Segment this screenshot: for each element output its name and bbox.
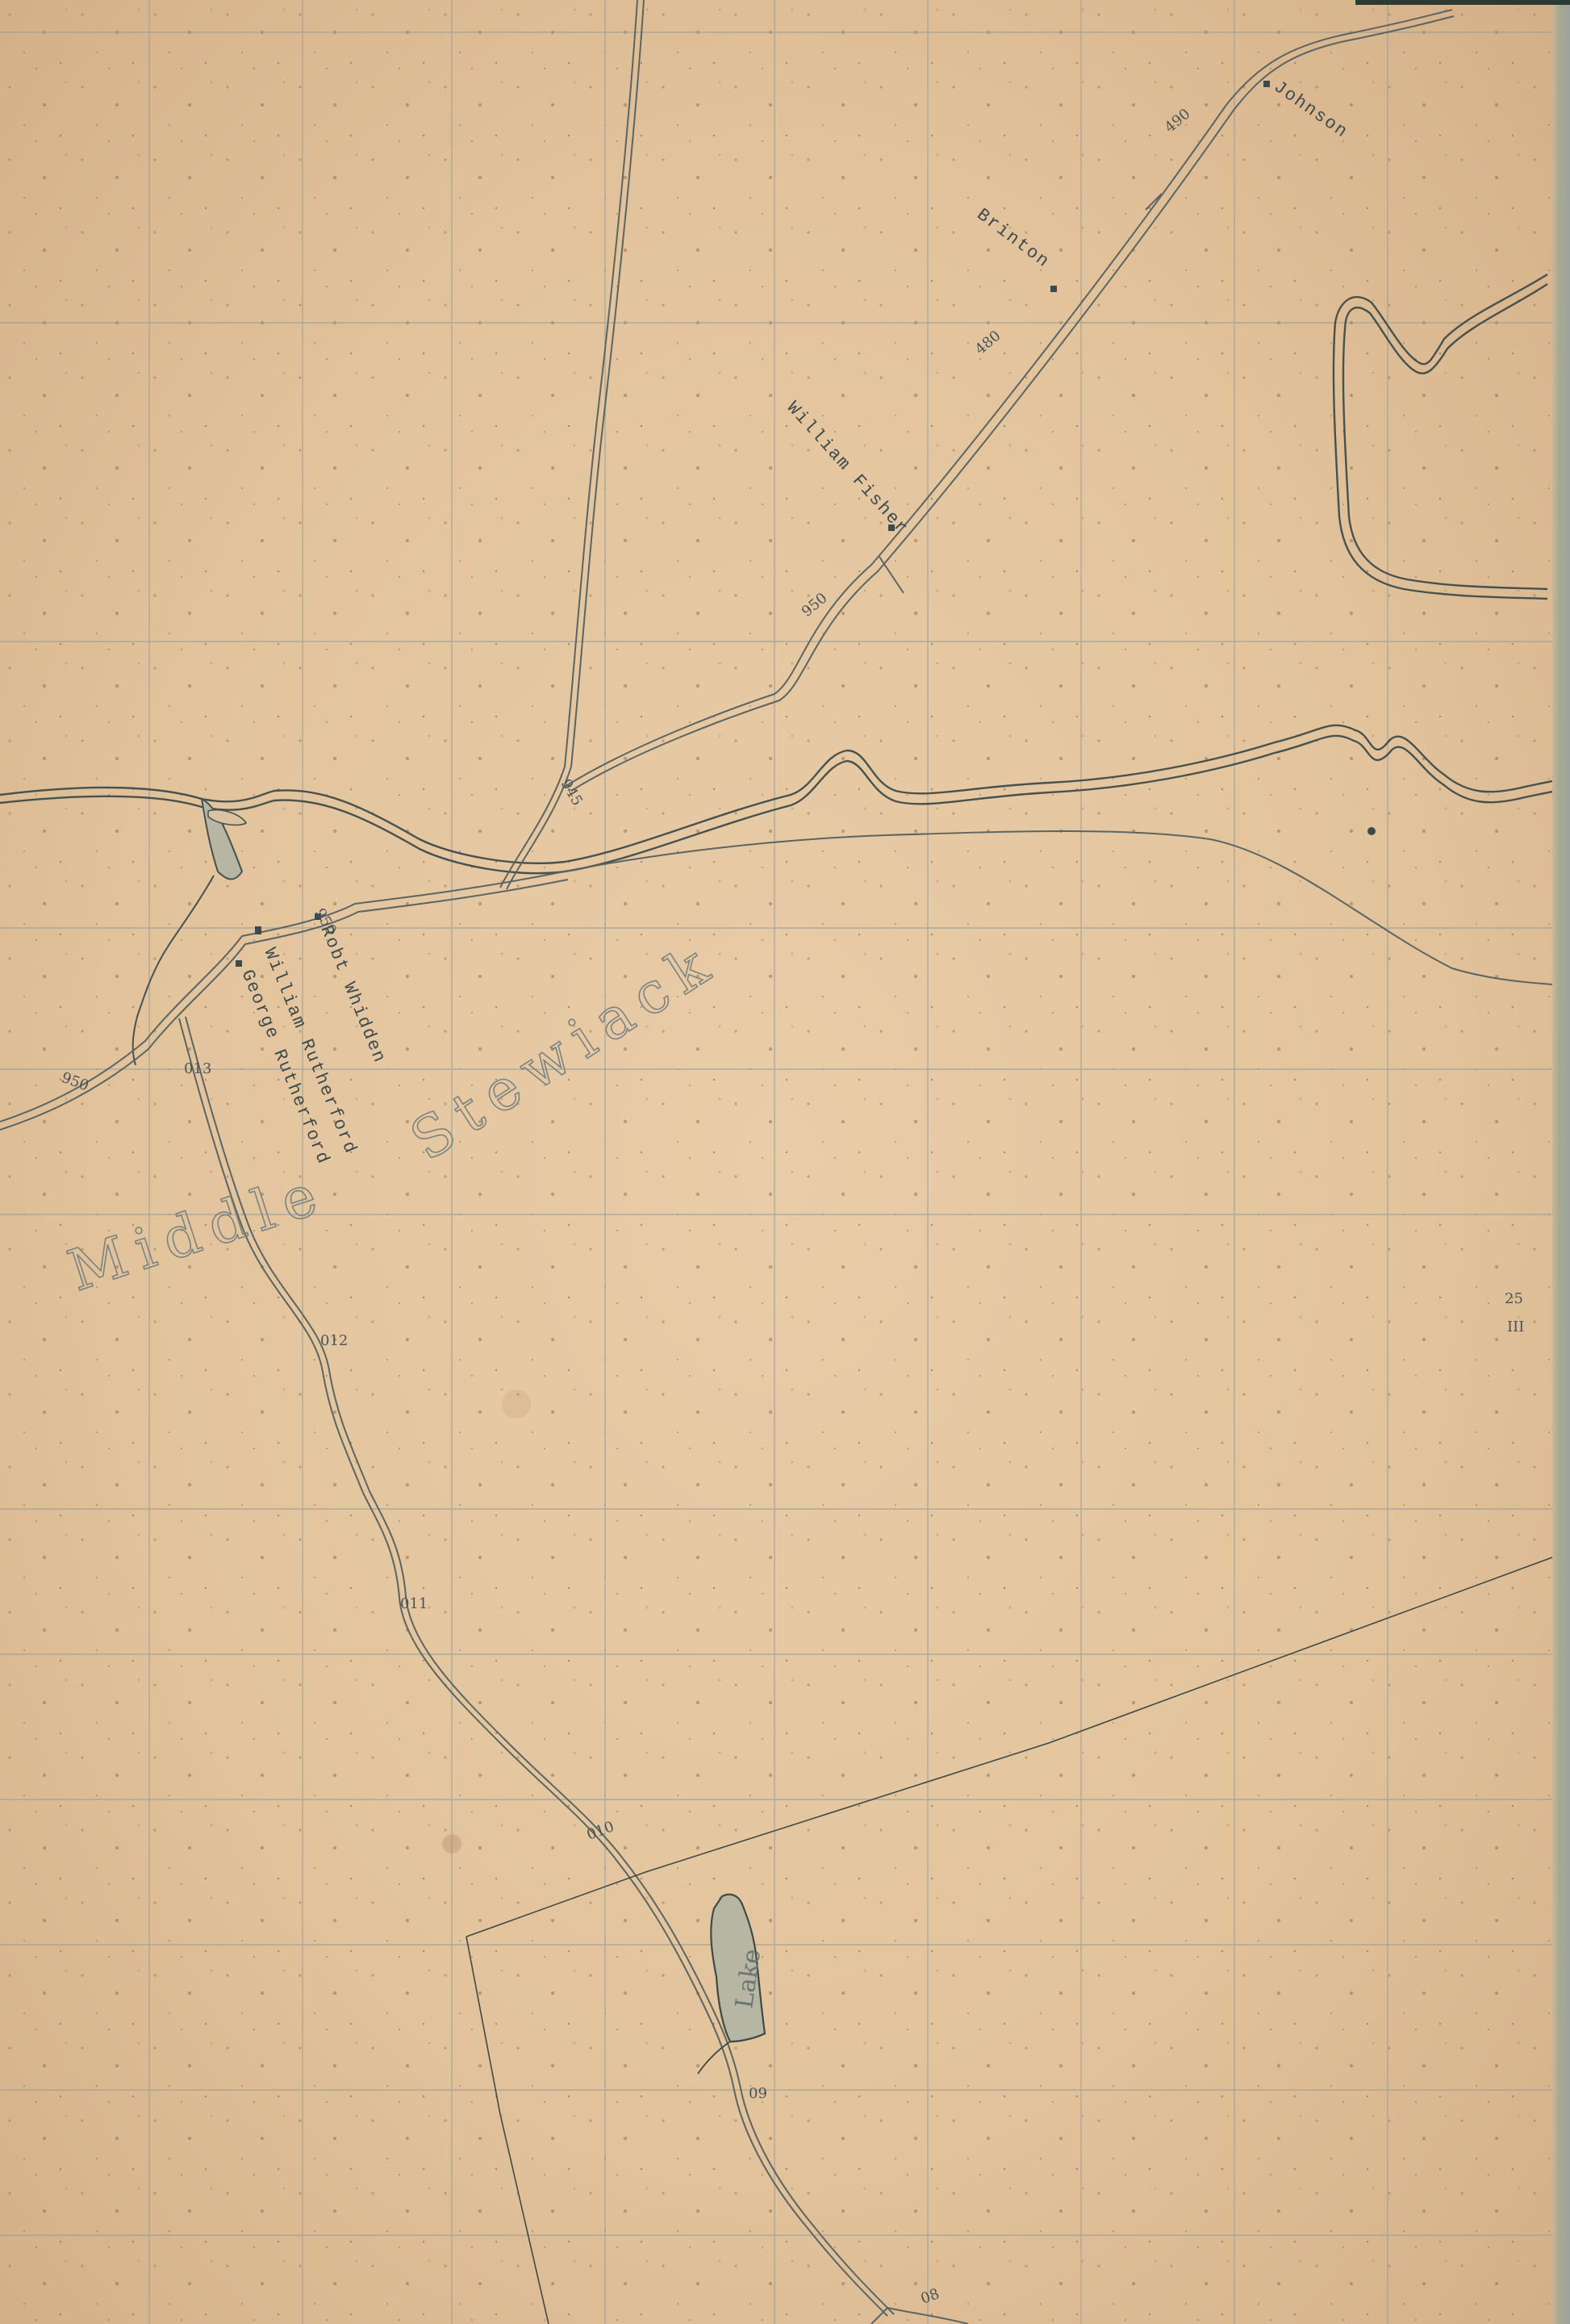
ink-blot xyxy=(1367,827,1376,835)
chain-mark: 013 xyxy=(184,1060,211,1077)
margin-note-roman: III xyxy=(1507,1319,1524,1335)
paper-speckles xyxy=(0,0,1552,2324)
paper-top-edge xyxy=(1355,0,1570,5)
chain-mark: 011 xyxy=(400,1595,428,1612)
chain-mark: 012 xyxy=(320,1332,348,1349)
paper-binding-edge xyxy=(1552,0,1570,2324)
map-sheet: Johnson Brinton William Fisher Robt Whid… xyxy=(0,0,1570,2324)
chain-mark: 09 xyxy=(749,2085,767,2102)
map-canvas: Johnson Brinton William Fisher Robt Whid… xyxy=(0,0,1552,2324)
stain xyxy=(442,1834,461,1854)
stain xyxy=(502,1390,531,1419)
margin-note-number: 25 xyxy=(1505,1290,1523,1307)
